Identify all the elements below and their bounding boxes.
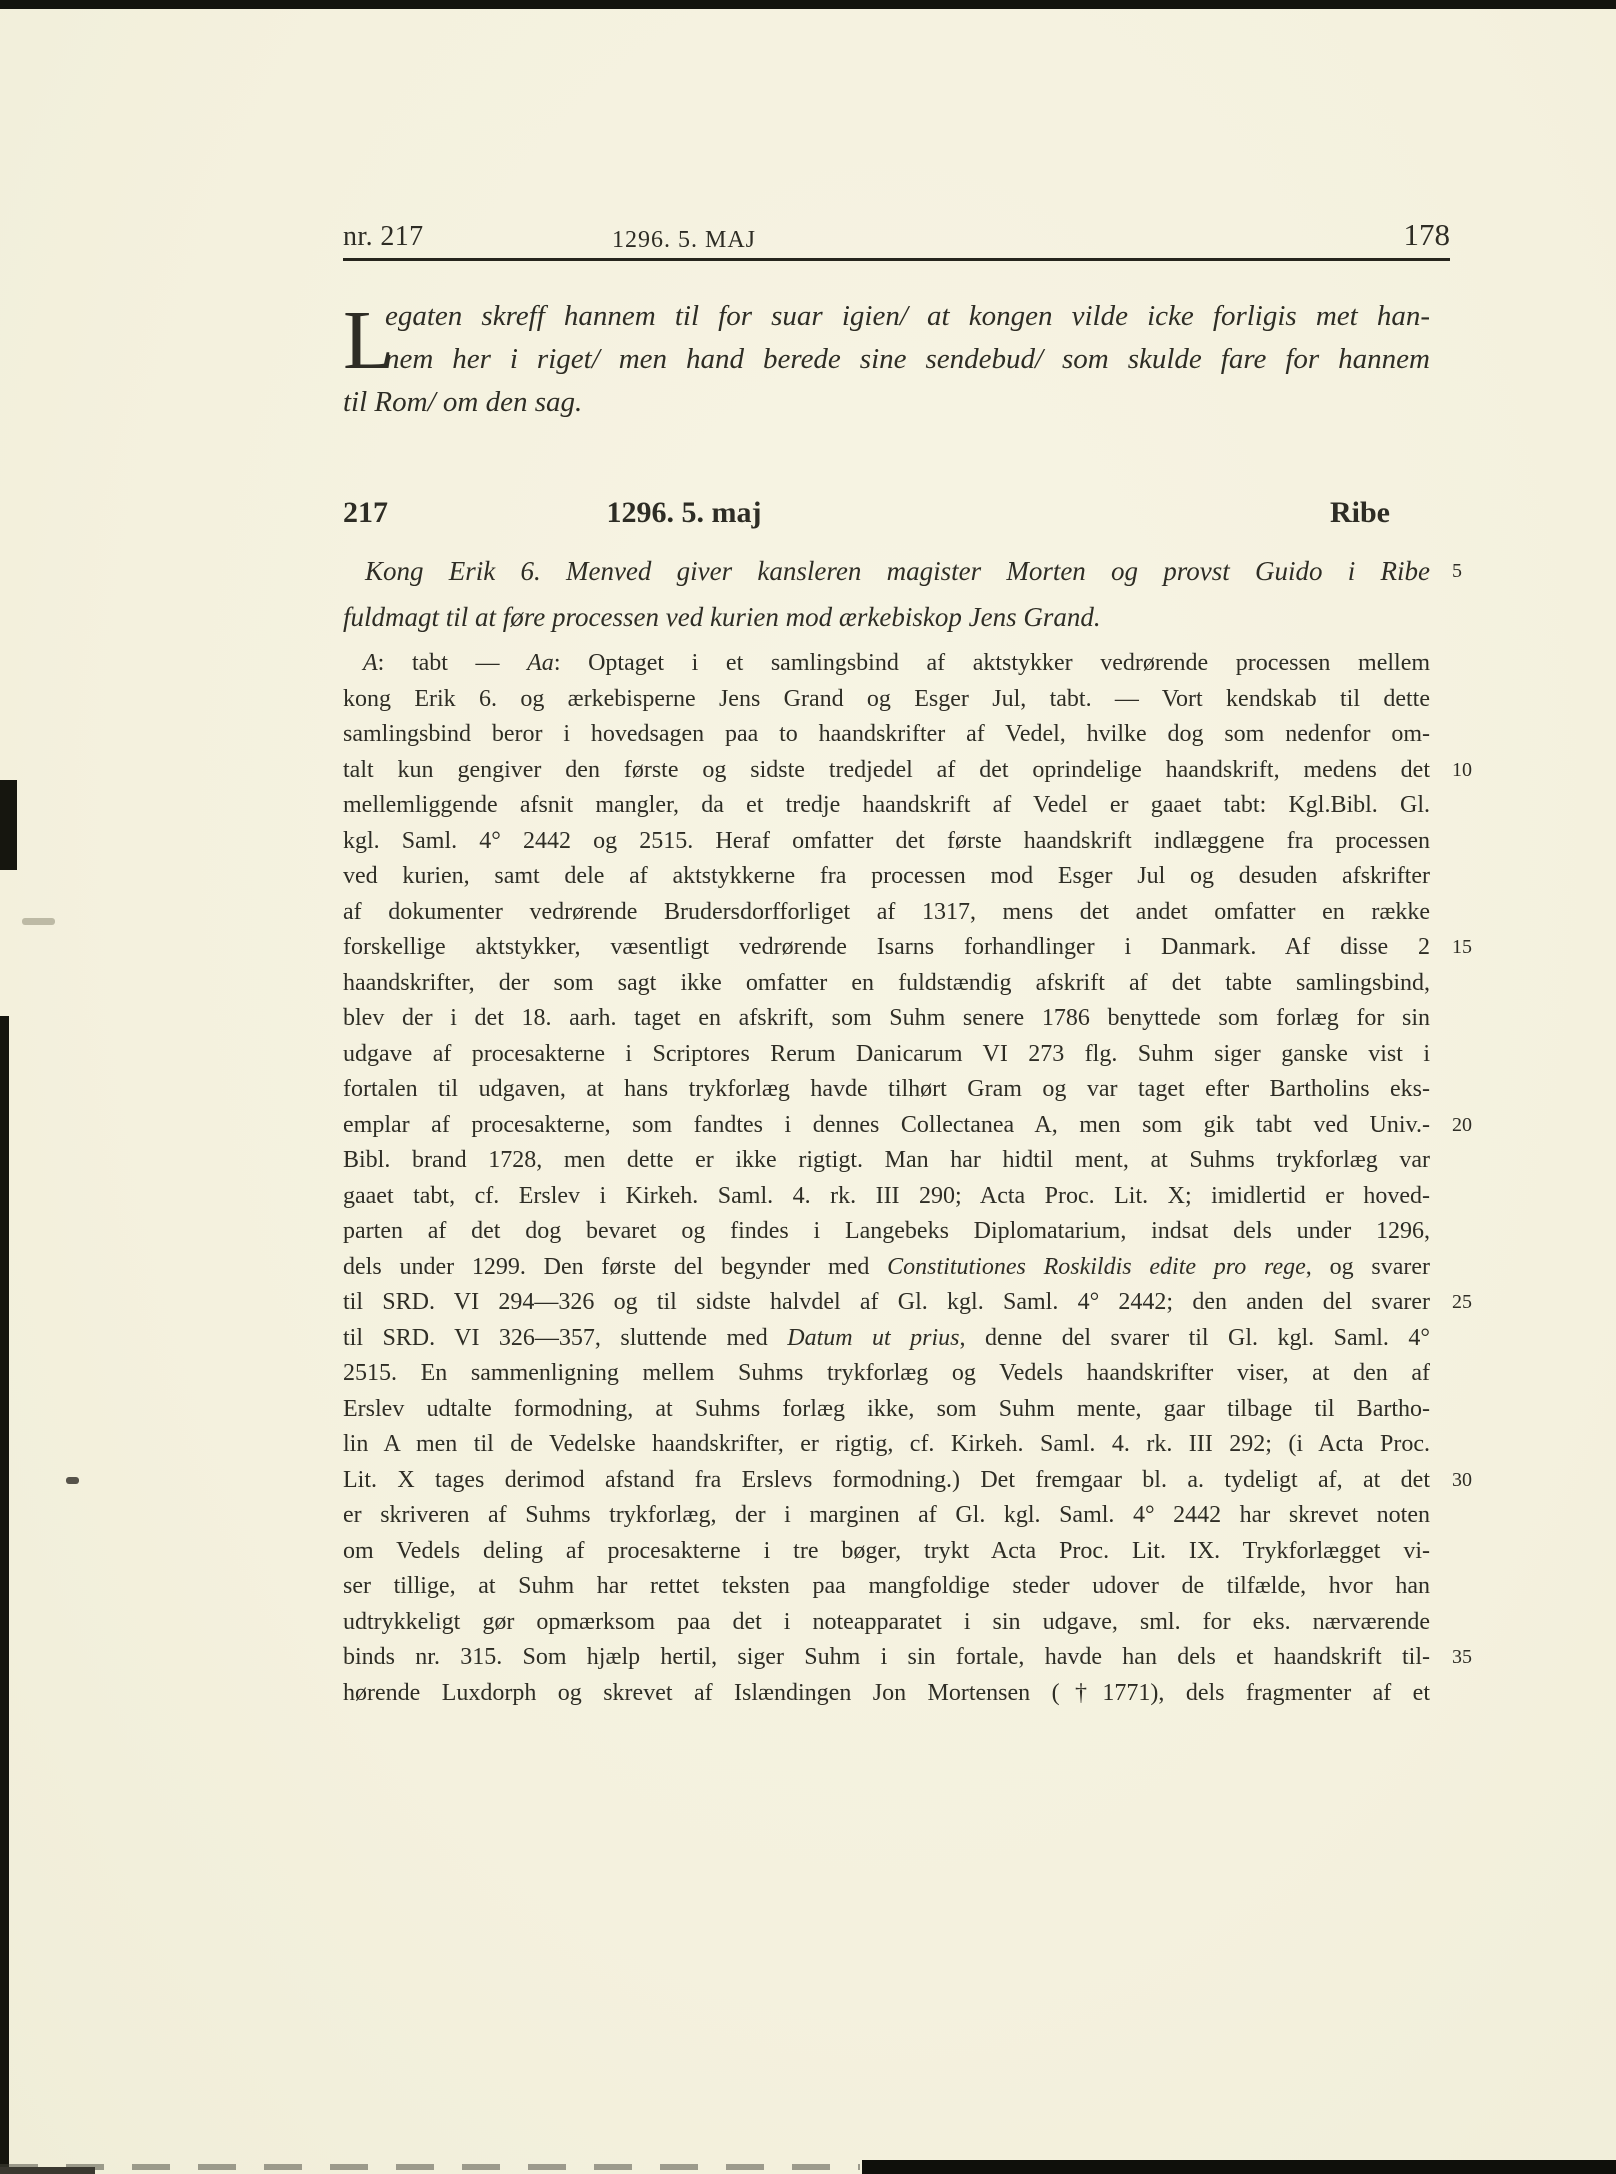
apparatus-line: til SRD. VI 326—357, sluttende med Datum… xyxy=(343,1321,1430,1357)
apparatus-line: udgave af procesakterne i Scriptores Rer… xyxy=(343,1037,1430,1073)
scan-smudge xyxy=(66,1477,79,1484)
apparatus-line: haandskrifter, der som sagt ikke omfatte… xyxy=(343,966,1430,1002)
quote-paragraph: L egaten skreff hannem til for suar igie… xyxy=(343,295,1430,424)
apparatus-line: Bibl. brand 1728, men dette er ikke rigt… xyxy=(343,1143,1430,1179)
quote-lines: egaten skreff hannem til for suar igien/… xyxy=(343,295,1430,424)
scan-edge-left-tab xyxy=(0,780,17,870)
apparatus-line: Erslev udtalte formodning, at Suhms forl… xyxy=(343,1392,1430,1428)
scan-smudge xyxy=(22,918,55,925)
scan-edge-bottom-dashes xyxy=(0,2164,860,2170)
scan-edge-left-strip xyxy=(0,1016,9,2174)
margin-line-number: 35 xyxy=(1452,1640,1498,1676)
apparatus-line: forskellige aktstykker, væsentligt vedrø… xyxy=(343,930,1430,966)
apparatus-line: til SRD. VI 294—326 og til sidste halvde… xyxy=(343,1285,1430,1321)
apparatus-line: lin A men til de Vedelske haandskrifter,… xyxy=(343,1427,1430,1463)
header-page-number: 178 xyxy=(1404,217,1451,253)
apparatus-line: emplar af procesakterne, som fandtes i d… xyxy=(343,1108,1430,1144)
summary-line: Kong Erik 6. Menved giver kansleren magi… xyxy=(343,548,1430,594)
entry-number: 217 xyxy=(343,496,388,530)
entry-place: Ribe xyxy=(1330,496,1390,530)
summary-line: fuldmagt til at føre processen ved kurie… xyxy=(343,594,1430,640)
apparatus-line: parten af det dog bevaret og findes i La… xyxy=(343,1214,1430,1250)
apparatus-line: talt kun gengiver den første og sidste t… xyxy=(343,753,1430,789)
entry-date: 1296. 5. maj xyxy=(607,496,762,530)
scan-edge-bottom-bar xyxy=(862,2160,1616,2174)
apparatus-line: kgl. Saml. 4° 2442 og 2515. Heraf omfatt… xyxy=(343,824,1430,860)
apparatus-line: kong Erik 6. og ærkebisperne Jens Grand … xyxy=(343,682,1430,718)
margin-line-number: 25 xyxy=(1452,1285,1498,1321)
scanned-book-page: nr. 217 1296. 5. MAJ 178 L egaten skreff… xyxy=(0,0,1616,2174)
margin-line-number: 20 xyxy=(1452,1108,1498,1144)
apparatus-line: binds nr. 315. Som hjælp hertil, siger S… xyxy=(343,1640,1430,1676)
apparatus-line: gaaet tabt, cf. Erslev i Kirkeh. Saml. 4… xyxy=(343,1179,1430,1215)
apparatus-line: af dokumenter vedrørende Brudersdorfforl… xyxy=(343,895,1430,931)
apparatus-lines: A: tabt — Aa: Optaget i et samlingsbind … xyxy=(343,646,1430,1711)
quote-dropcap: L xyxy=(343,299,394,383)
header-date: 1296. 5. MAJ xyxy=(612,227,756,254)
apparatus-line: udtrykkeligt gør opmærksom paa det i not… xyxy=(343,1605,1430,1641)
entry-heading: 217 1296. 5. maj Ribe xyxy=(343,496,1430,538)
entry-summary: Kong Erik 6. Menved giver kansleren magi… xyxy=(343,548,1430,640)
apparatus-line: hørende Luxdorph og skrevet af Islænding… xyxy=(343,1676,1430,1712)
apparatus-line: Lit. X tages derimod afstand fra Erslevs… xyxy=(343,1463,1430,1499)
quote-line: nem her i riget/ men hand berede sine se… xyxy=(343,338,1430,381)
margin-line-number: 30 xyxy=(1452,1463,1498,1499)
quote-line: egaten skreff hannem til for suar igien/… xyxy=(343,295,1430,338)
margin-line-number: 15 xyxy=(1452,930,1498,966)
header-rule xyxy=(343,258,1450,261)
apparatus-line: er skriveren af Suhms trykforlæg, der i … xyxy=(343,1498,1430,1534)
quote-line: til Rom/ om den sag. xyxy=(343,381,1430,424)
scan-edge-bottom-corner xyxy=(0,2167,95,2174)
margin-line-number: 10 xyxy=(1452,753,1498,789)
apparatus-line: ved kurien, samt dele af aktstykkerne fr… xyxy=(343,859,1430,895)
margin-line-number: 5 xyxy=(1452,548,1498,594)
apparatus-line: ser tillige, at Suhm har rettet teksten … xyxy=(343,1569,1430,1605)
apparatus-line: dels under 1299. Den første del begynder… xyxy=(343,1250,1430,1286)
apparatus-line: blev der i det 18. aarh. taget en afskri… xyxy=(343,1001,1430,1037)
apparatus-paragraph: A: tabt — Aa: Optaget i et samlingsbind … xyxy=(343,646,1430,1711)
apparatus-line: fortalen til udgaven, at hans trykforlæg… xyxy=(343,1072,1430,1108)
summary-lines: Kong Erik 6. Menved giver kansleren magi… xyxy=(343,548,1430,640)
header-entry-number: nr. 217 xyxy=(343,221,424,253)
apparatus-line: 2515. En sammenligning mellem Suhms tryk… xyxy=(343,1356,1430,1392)
apparatus-line: A: tabt — Aa: Optaget i et samlingsbind … xyxy=(343,646,1430,682)
scan-edge-top xyxy=(0,0,1616,9)
apparatus-line: mellemliggende afsnit mangler, da et tre… xyxy=(343,788,1430,824)
apparatus-line: om Vedels deling af procesakterne i tre … xyxy=(343,1534,1430,1570)
apparatus-line: samlingsbind beror i hovedsagen paa to h… xyxy=(343,717,1430,753)
